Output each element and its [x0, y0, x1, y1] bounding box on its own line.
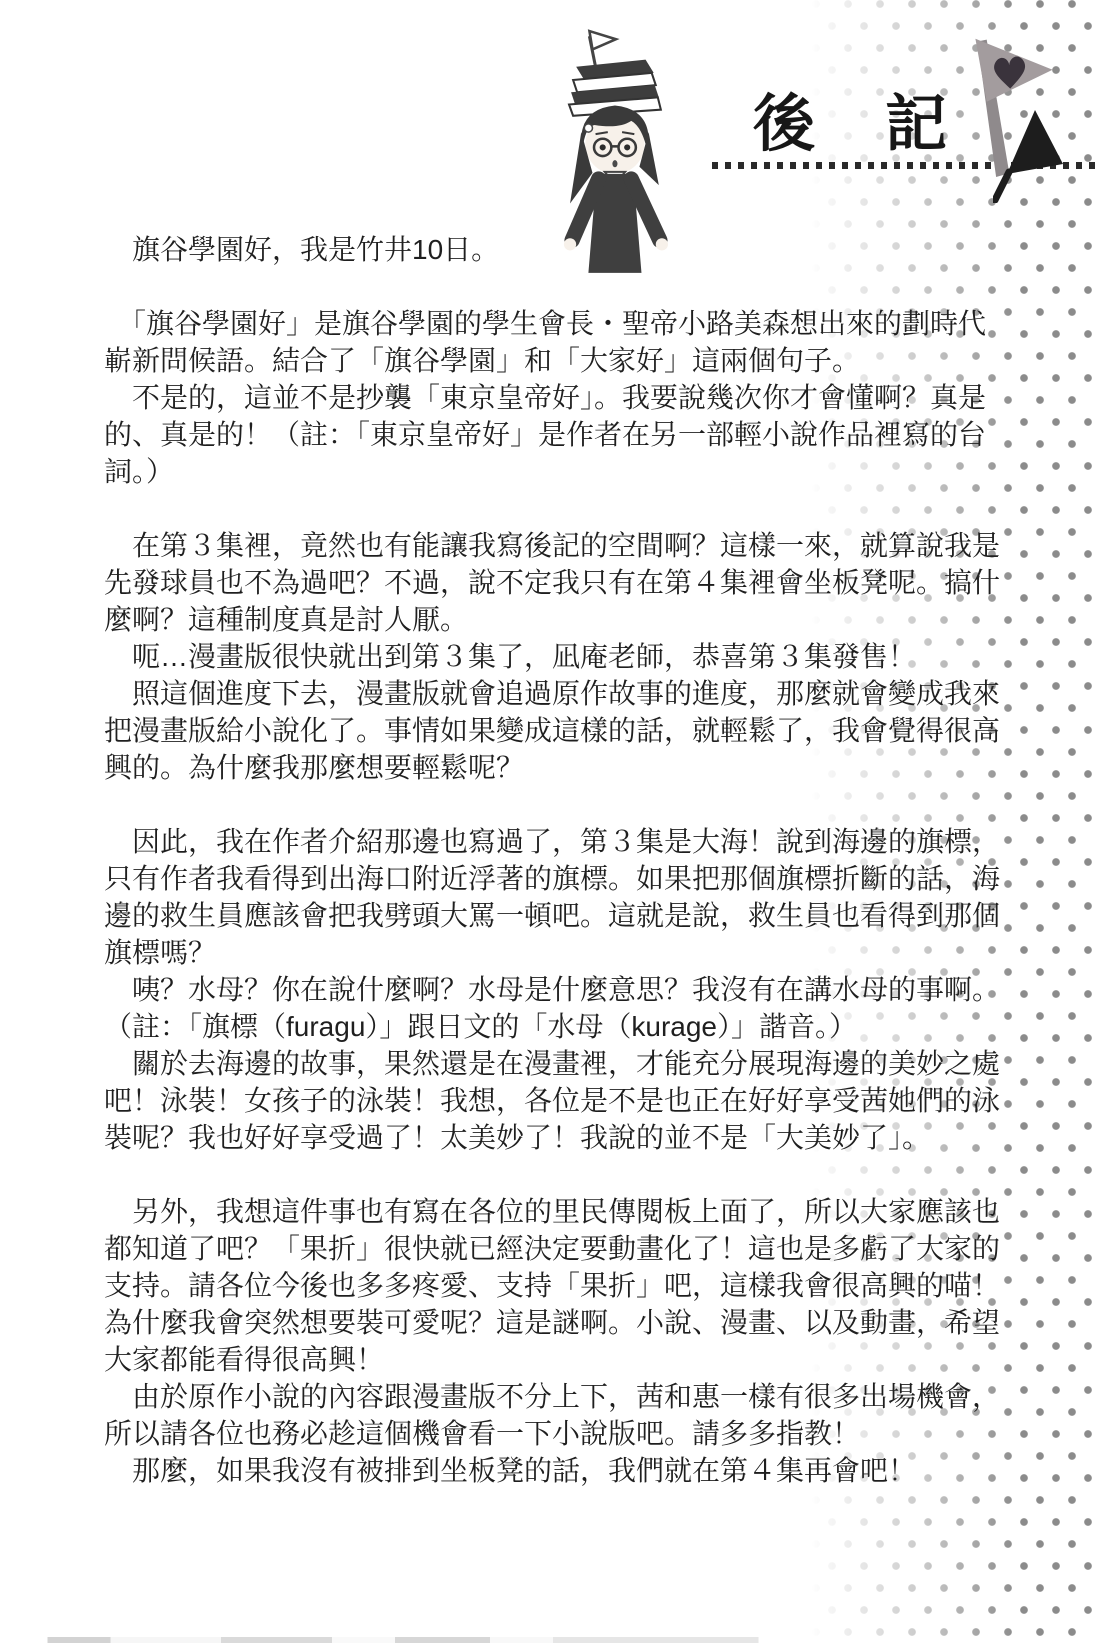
- text-line: 吧！泳裝！女孩子的泳裝！我想，各位是不是也正在好好享受茜她們的泳: [104, 1082, 1004, 1119]
- paragraph-run: 另外，我想這件事也有寫在各位的里民傳閱板上面了，所以大家應該也都知道了吧？「果折…: [104, 1193, 1004, 1489]
- text-line: 呃…漫畫版很快就出到第３集了，凪庵老師，恭喜第３集發售！: [104, 638, 1004, 675]
- triangle-tail: [995, 172, 1009, 200]
- paragraph-run: 在第３集裡，竟然也有能讓我寫後記的空間啊？這樣一來，就算說我是先發球員也不為過吧…: [104, 527, 1004, 786]
- text-line: 由於原作小說的內容跟漫畫版不分上下，茜和惠一樣有很多出場機會，: [104, 1378, 1004, 1415]
- text-line: 在第３集裡，竟然也有能讓我寫後記的空間啊？這樣一來，就算說我是: [104, 527, 1004, 564]
- paragraph-run: 「旗谷學園好」是旗谷學園的學生會長・聖帝小路美森想出來的劃時代嶄新問候語。結合了…: [104, 305, 1004, 490]
- text-line: 旗標嗎？: [104, 934, 1004, 971]
- eye-right: [624, 144, 630, 150]
- text-line: 麼啊？這種制度真是討人厭。: [104, 601, 1004, 638]
- paragraph-run: 因此，我在作者介紹那邊也寫過了，第３集是大海！說到海邊的旗標，只有作者我看得到出…: [104, 823, 1004, 1156]
- text-line: 旗谷學園好，我是竹井10日。: [104, 231, 1004, 268]
- afterword-page: { "page": { "kind": "light-novel-afterwo…: [0, 0, 1100, 1646]
- text-line: 把漫畫版給小說化了。事情如果變成這樣的話，就輕鬆了，我會覺得很高: [104, 712, 1004, 749]
- text-line: 興的。為什麼我那麼想要輕鬆呢？: [104, 749, 1004, 786]
- text-line: 只有作者我看得到出海口附近浮著的旗標。如果把那個旗標折斷的話，海: [104, 860, 1004, 897]
- mouth: [612, 160, 617, 167]
- text-line: 邊的救生員應該會把我劈頭大罵一頓吧。這就是說，救生員也看得到那個: [104, 897, 1004, 934]
- text-line: 嶄新問候語。結合了「旗谷學園」和「大家好」這兩個句子。: [104, 342, 1004, 379]
- text-line: 「旗谷學園好」是旗谷學園的學生會長・聖帝小路美森想出來的劃時代: [104, 305, 1004, 342]
- text-line: 詞。）: [104, 453, 1004, 490]
- triangle: [1007, 110, 1063, 174]
- text-line: 大家都能看得很高興！: [104, 1341, 1004, 1378]
- afterword-text: 旗谷學園好，我是竹井10日。 「旗谷學園好」是旗谷學園的學生會長・聖帝小路美森想…: [104, 231, 1004, 1489]
- black-triangle-flag-icon: [993, 108, 1073, 203]
- text-line: 所以請各位也務必趁這個機會看一下小說版吧。請多多指教！: [104, 1415, 1004, 1452]
- text-line: 先發球員也不為過吧？不過，說不定我只有在第４集裡會坐板凳呢。搞什: [104, 564, 1004, 601]
- text-line: 支持。請各位今後也多多疼愛、支持「果折」吧，這樣我會很高興的喵！: [104, 1267, 1004, 1304]
- text-line: 裝呢？我也好好享受過了！太美妙了！我說的並不是「大美妙了」。: [104, 1119, 1004, 1156]
- text-line: 關於去海邊的故事，果然還是在漫畫裡，才能充分展現海邊的美妙之處: [104, 1045, 1004, 1082]
- text-line: 因此，我在作者介紹那邊也寫過了，第３集是大海！說到海邊的旗標，: [104, 823, 1004, 860]
- text-line: 照這個進度下去，漫畫版就會追過原作故事的進度，那麼就會變成我來: [104, 675, 1004, 712]
- text-line: 為什麼我會突然想要裝可愛呢？這是謎啊。小說、漫畫、以及動畫，希望: [104, 1304, 1004, 1341]
- hair-ornament: [584, 124, 592, 132]
- paragraph-run: 旗谷學園好，我是竹井10日。: [104, 231, 1004, 268]
- text-line: 另外，我想這件事也有寫在各位的里民傳閱板上面了，所以大家應該也: [104, 1193, 1004, 1230]
- text-line: 咦？水母？你在說什麼啊？水母是什麼意思？我沒有在講水母的事啊。: [104, 971, 1004, 1008]
- text-line: 的、真是的！（註：「東京皇帝好」是作者在另一部輕小說作品裡寫的台: [104, 416, 1004, 453]
- text-line: （註：「旗標（furagu）」跟日文的「水母（kurage）」諧音。）: [104, 1008, 1004, 1045]
- small-flag-icon: [589, 31, 616, 67]
- eye-left: [600, 144, 606, 150]
- text-line: 那麼，如果我沒有被排到坐板凳的話，我們就在第４集再會吧！: [104, 1452, 1004, 1489]
- text-line: 不是的，這並不是抄襲「東京皇帝好」。我要說幾次你才會懂啊？真是: [104, 379, 1004, 416]
- text-line: 都知道了吧？「果折」很快就已經決定要動畫化了！這也是多虧了大家的: [104, 1230, 1004, 1267]
- scan-edge-artifact: [0, 1637, 790, 1643]
